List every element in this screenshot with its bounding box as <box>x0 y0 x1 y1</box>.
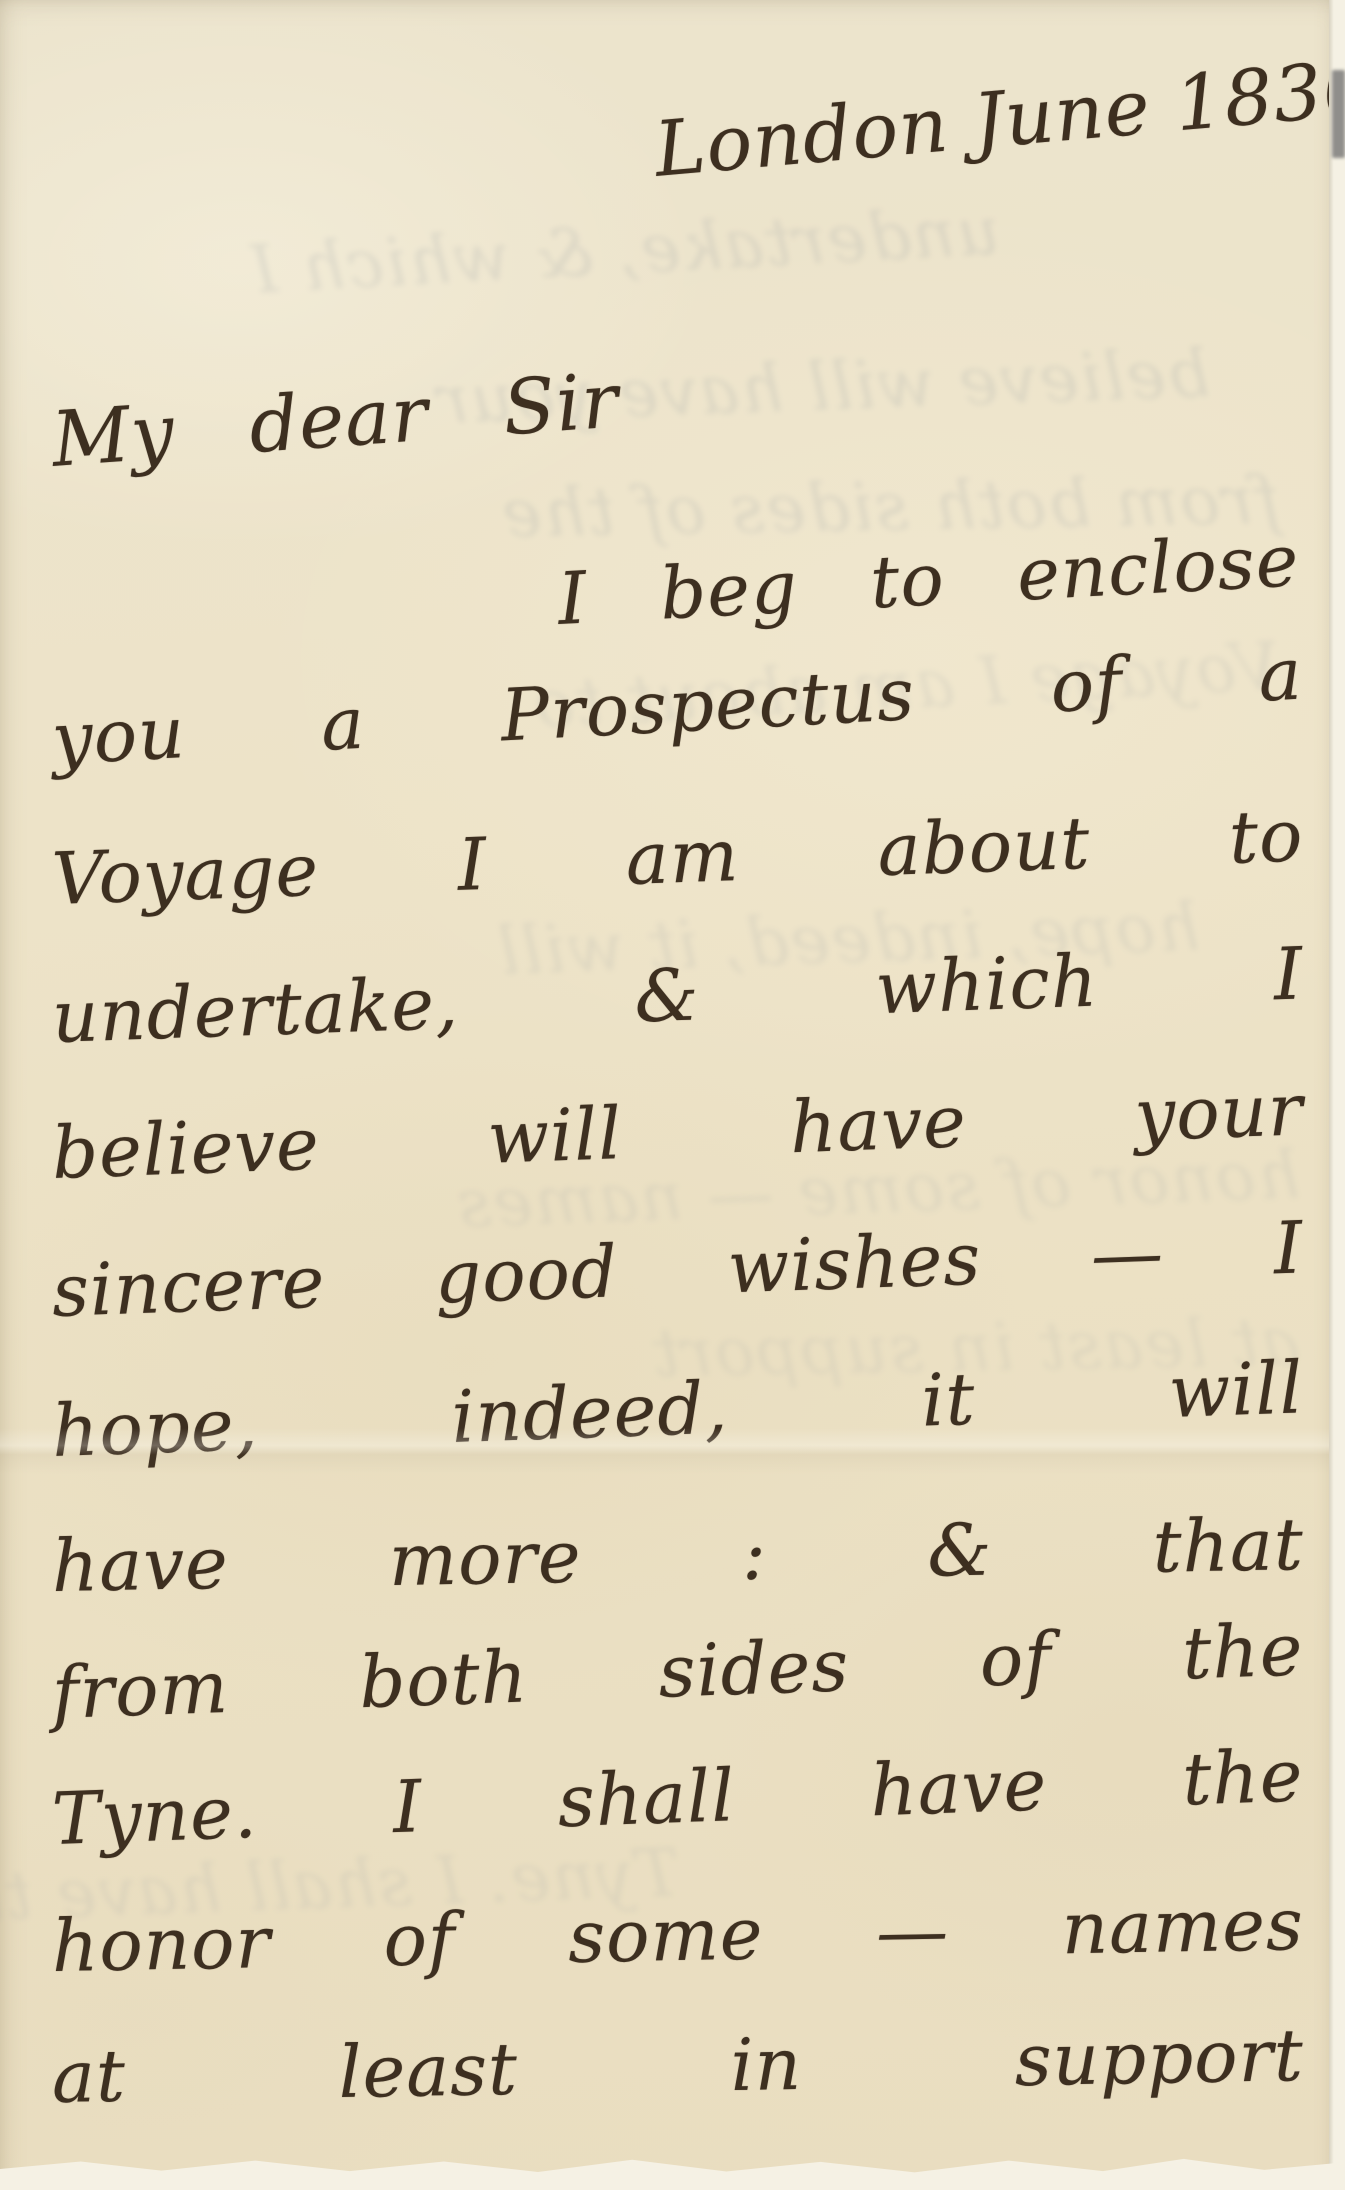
body-line: sincere good wishes — I <box>51 1208 1305 1331</box>
body-line: have more : & that <box>51 1505 1304 1606</box>
body-line: believe will have your <box>51 1070 1305 1193</box>
body-line: you a Prospectus of a <box>50 635 1304 780</box>
body-line: Voyage I am about to <box>51 796 1305 919</box>
letter-paper: undertake, & which I believe will have y… <box>0 0 1331 2190</box>
body-line: undertake, & which I <box>51 934 1305 1057</box>
body-line: honor of some — names <box>51 1885 1304 1986</box>
edge-shadow <box>1332 70 1345 158</box>
letter-text-layer: London June 1830 My dear Sir I beg to en… <box>0 0 1331 2190</box>
salutation: My dear Sir <box>49 358 621 481</box>
letter-scan: undertake, & which I believe will have y… <box>0 0 1345 2190</box>
body-line: hope, indeed, it will <box>51 1348 1305 1471</box>
body-line: from both sides of the <box>51 1610 1305 1733</box>
opening-line: I beg to enclose <box>556 521 1301 639</box>
body-line: Tyne. I shall have the <box>51 1736 1305 1859</box>
dateline: London June 1830 <box>651 52 1301 191</box>
body-line: at least in support <box>51 2016 1304 2117</box>
scan-backing-strip <box>1329 0 1345 2190</box>
